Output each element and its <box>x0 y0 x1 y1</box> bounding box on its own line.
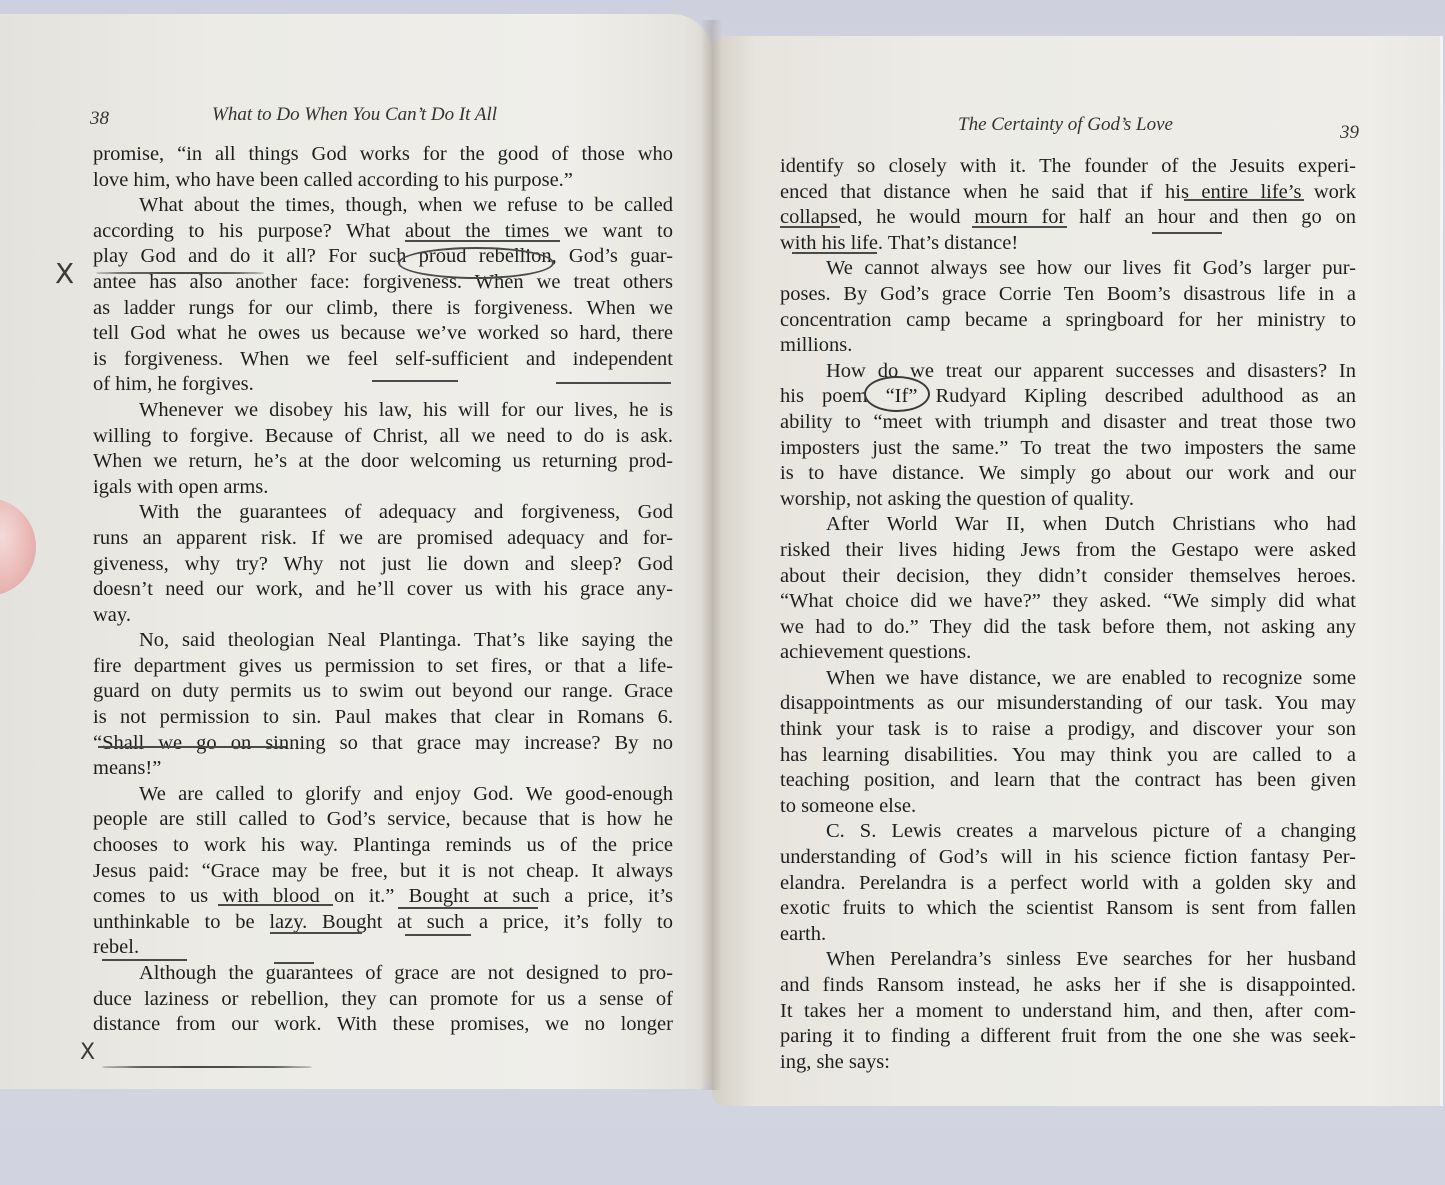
text-line: achievement questions. <box>780 640 1356 666</box>
page-number-left: 38 <box>90 108 109 130</box>
text-line: With the guarantees of adequacy and forg… <box>93 500 673 526</box>
text-line: people are still called to God’s service… <box>93 807 673 833</box>
pencil-underline <box>98 746 286 748</box>
text-line: according to his purpose? What about the… <box>93 219 673 245</box>
text-line: ing, she says: <box>780 1050 1356 1076</box>
left-page: 38 What to Do When You Can’t Do It All p… <box>0 14 712 1089</box>
text-line: When we have distance, we are enabled to… <box>780 666 1356 692</box>
text-line: What about the times, though, when we re… <box>93 193 673 219</box>
pencil-underline <box>270 932 362 934</box>
text-line: enced that distance when he said that if… <box>780 180 1356 206</box>
text-line: “What choice did we have?” they asked. “… <box>780 589 1356 615</box>
text-line: concentration camp became a springboard … <box>780 308 1356 334</box>
pencil-underline <box>398 907 538 909</box>
left-page-body: promise, “in all things God works for th… <box>93 142 673 1038</box>
margin-x-mark: X <box>55 257 74 290</box>
text-line: of him, he forgives. <box>93 372 673 398</box>
text-line: igals with open arms. <box>93 475 673 501</box>
text-line: No, said theologian Neal Plantinga. That… <box>93 628 673 654</box>
text-line: and finds Ransom instead, he asks her if… <box>780 973 1356 999</box>
text-line: imposters just the same.” To treat the t… <box>780 436 1356 462</box>
text-line: rebel. <box>93 935 673 961</box>
text-line: means!” <box>93 756 673 782</box>
pencil-underline <box>274 962 314 964</box>
text-line: is not permission to sin. Paul makes tha… <box>93 705 673 731</box>
text-line: It takes her a moment to understand him,… <box>780 999 1356 1025</box>
text-line: Whenever we disobey his law, his will fo… <box>93 398 673 424</box>
text-line: play God and do it all? For such proud r… <box>93 244 673 270</box>
text-line: millions. <box>780 333 1356 359</box>
text-line: How do we treat our apparent successes a… <box>780 359 1356 385</box>
text-line: poses. By God’s grace Corrie Ten Boom’s … <box>780 282 1356 308</box>
text-line: we had to do.” They did the task before … <box>780 615 1356 641</box>
pencil-underline <box>972 226 1067 228</box>
text-line: When we return, he’s at the door welcomi… <box>93 449 673 475</box>
pencil-circle <box>398 247 554 279</box>
pencil-underline <box>96 272 264 274</box>
running-head-right: The Certainty of God’s Love <box>958 114 1173 136</box>
text-line: We cannot always see how our lives fit G… <box>780 256 1356 282</box>
text-line: unthinkable to be lazy. Bought at such a… <box>93 910 673 936</box>
right-page: The Certainty of God’s Love 39 identify … <box>712 36 1443 1106</box>
pencil-underline <box>405 240 560 242</box>
text-line: has learning disabilities. You may think… <box>780 743 1356 769</box>
text-line: We are called to glorify and enjoy God. … <box>93 782 673 808</box>
text-line: guard on duty permits us to swim out bey… <box>93 679 673 705</box>
text-line: giveness, why try? Why not just lie down… <box>93 552 673 578</box>
pencil-underline <box>780 226 840 228</box>
text-line: worship, not asking the question of qual… <box>780 487 1356 513</box>
pencil-underline <box>556 382 671 384</box>
pencil-underline <box>218 904 333 906</box>
text-line: elandra. Perelandra is a perfect world w… <box>780 871 1356 897</box>
text-line: distance from our work. With these promi… <box>93 1012 673 1038</box>
text-line: understanding of God’s will in his scien… <box>780 845 1356 871</box>
text-line: Although the guarantees of grace are not… <box>93 961 673 987</box>
text-line: is to have distance. We simply go about … <box>780 461 1356 487</box>
page-number-right: 39 <box>1340 122 1359 144</box>
text-line: as ladder rungs for our climb, there is … <box>93 296 673 322</box>
text-line: C. S. Lewis creates a marvelous picture … <box>780 819 1356 845</box>
text-line: ability to “meet with triumph and disast… <box>780 410 1356 436</box>
text-line: is forgiveness. When we feel self-suffic… <box>93 347 673 373</box>
text-line: willing to forgive. Because of Christ, a… <box>93 424 673 450</box>
margin-x-mark: X <box>80 1040 95 1065</box>
text-line: to someone else. <box>780 794 1356 820</box>
text-line: comes to us with blood on it.” Bought at… <box>93 884 673 910</box>
text-line: way. <box>93 603 673 629</box>
right-page-body: identify so closely with it. The founder… <box>780 154 1356 1075</box>
text-line: paring it to finding a different fruit f… <box>780 1024 1356 1050</box>
text-line: earth. <box>780 922 1356 948</box>
text-line: about their decision, they didn’t consid… <box>780 564 1356 590</box>
pencil-underline <box>792 252 877 254</box>
text-line: Jesus paid: “Grace may be free, but it i… <box>93 859 673 885</box>
text-line: promise, “in all things God works for th… <box>93 142 673 168</box>
pencil-underline <box>405 934 471 936</box>
text-line: exotic fruits to which the scientist Ran… <box>780 896 1356 922</box>
book-gutter <box>700 20 722 1090</box>
pencil-underline <box>1152 232 1222 234</box>
pencil-circle <box>864 376 930 412</box>
text-line: “Shall we go on sinning so that grace ma… <box>93 731 673 757</box>
text-line: When Perelandra’s sinless Eve searches f… <box>780 947 1356 973</box>
text-line: After World War II, when Dutch Christian… <box>780 512 1356 538</box>
pencil-underline <box>1184 199 1304 201</box>
text-line: think your task is to raise a prodigy, a… <box>780 717 1356 743</box>
text-line: risked their lives hiding Jews from the … <box>780 538 1356 564</box>
text-line: disappointments as our misunderstanding … <box>780 691 1356 717</box>
text-line: collapsed, he would mourn for half an ho… <box>780 205 1356 231</box>
text-line: identify so closely with it. The founder… <box>780 154 1356 180</box>
text-line: teaching position, and learn that the co… <box>780 768 1356 794</box>
pencil-underline <box>102 959 187 961</box>
text-line: love him, who have been called according… <box>93 168 673 194</box>
pencil-underline <box>102 1066 312 1068</box>
pencil-underline <box>372 380 458 382</box>
text-line: tell God what he owes us because we’ve w… <box>93 321 673 347</box>
text-line: doesn’t need our work, and he’ll cover u… <box>93 577 673 603</box>
text-line: runs an apparent risk. If we are promise… <box>93 526 673 552</box>
text-line: duce laziness or rebellion, they can pro… <box>93 987 673 1013</box>
running-head-left: What to Do When You Can’t Do It All <box>212 104 497 126</box>
text-line: fire department gives us permission to s… <box>93 654 673 680</box>
text-line: chooses to work his way. Plantinga remin… <box>93 833 673 859</box>
